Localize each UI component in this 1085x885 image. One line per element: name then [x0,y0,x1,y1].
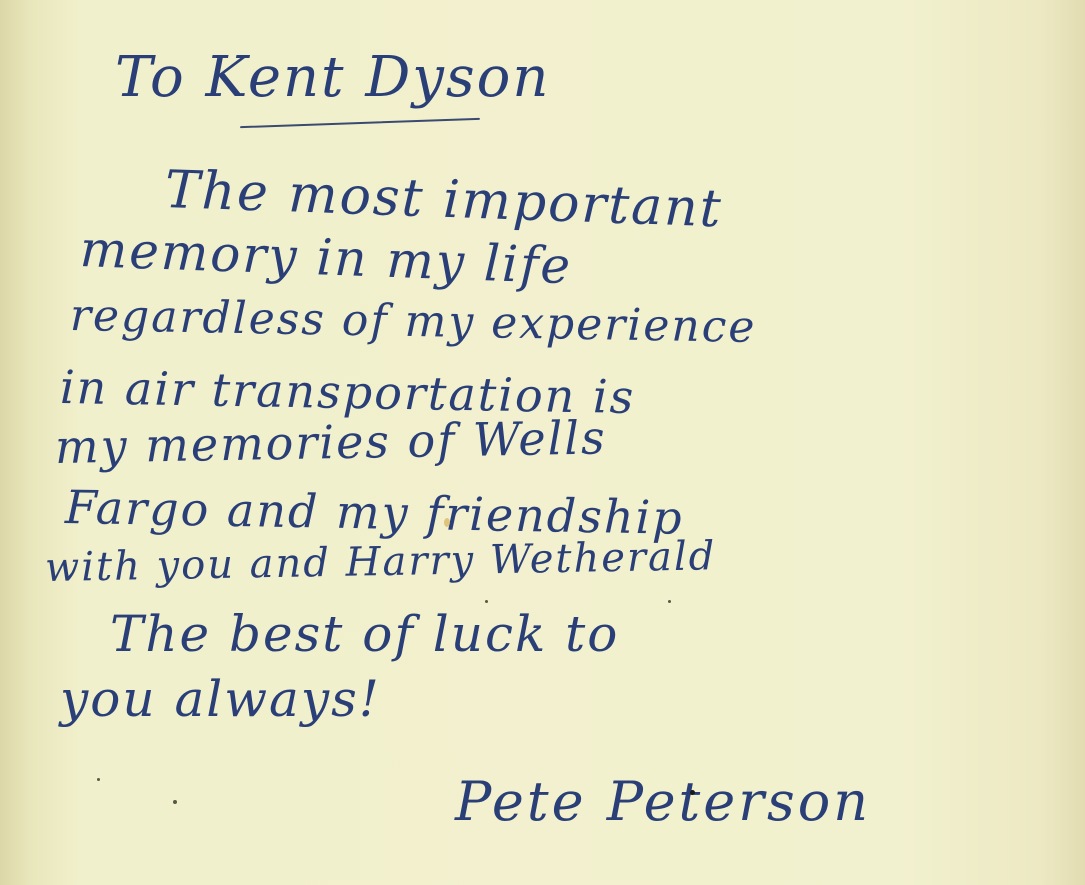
salutation: To Kent Dyson [115,45,550,110]
body-line-9: you always! [60,670,381,728]
salutation-underline [240,118,480,128]
paper-speck [173,800,177,804]
paper-speck [97,778,100,781]
signature: Pete Peterson [455,770,871,833]
paper-stain [444,518,450,527]
body-line-5: my memories of Wells [55,410,608,474]
body-line-7: with you and Harry Wetherald [45,533,717,591]
body-line-8: The best of luck to [110,605,619,663]
body-line-3: regardless of my experience [70,290,757,353]
paper-speck [690,790,695,795]
letter-page: To Kent Dyson The most important memory … [0,0,1085,885]
paper-speck [485,600,488,603]
paper-speck [668,600,671,603]
